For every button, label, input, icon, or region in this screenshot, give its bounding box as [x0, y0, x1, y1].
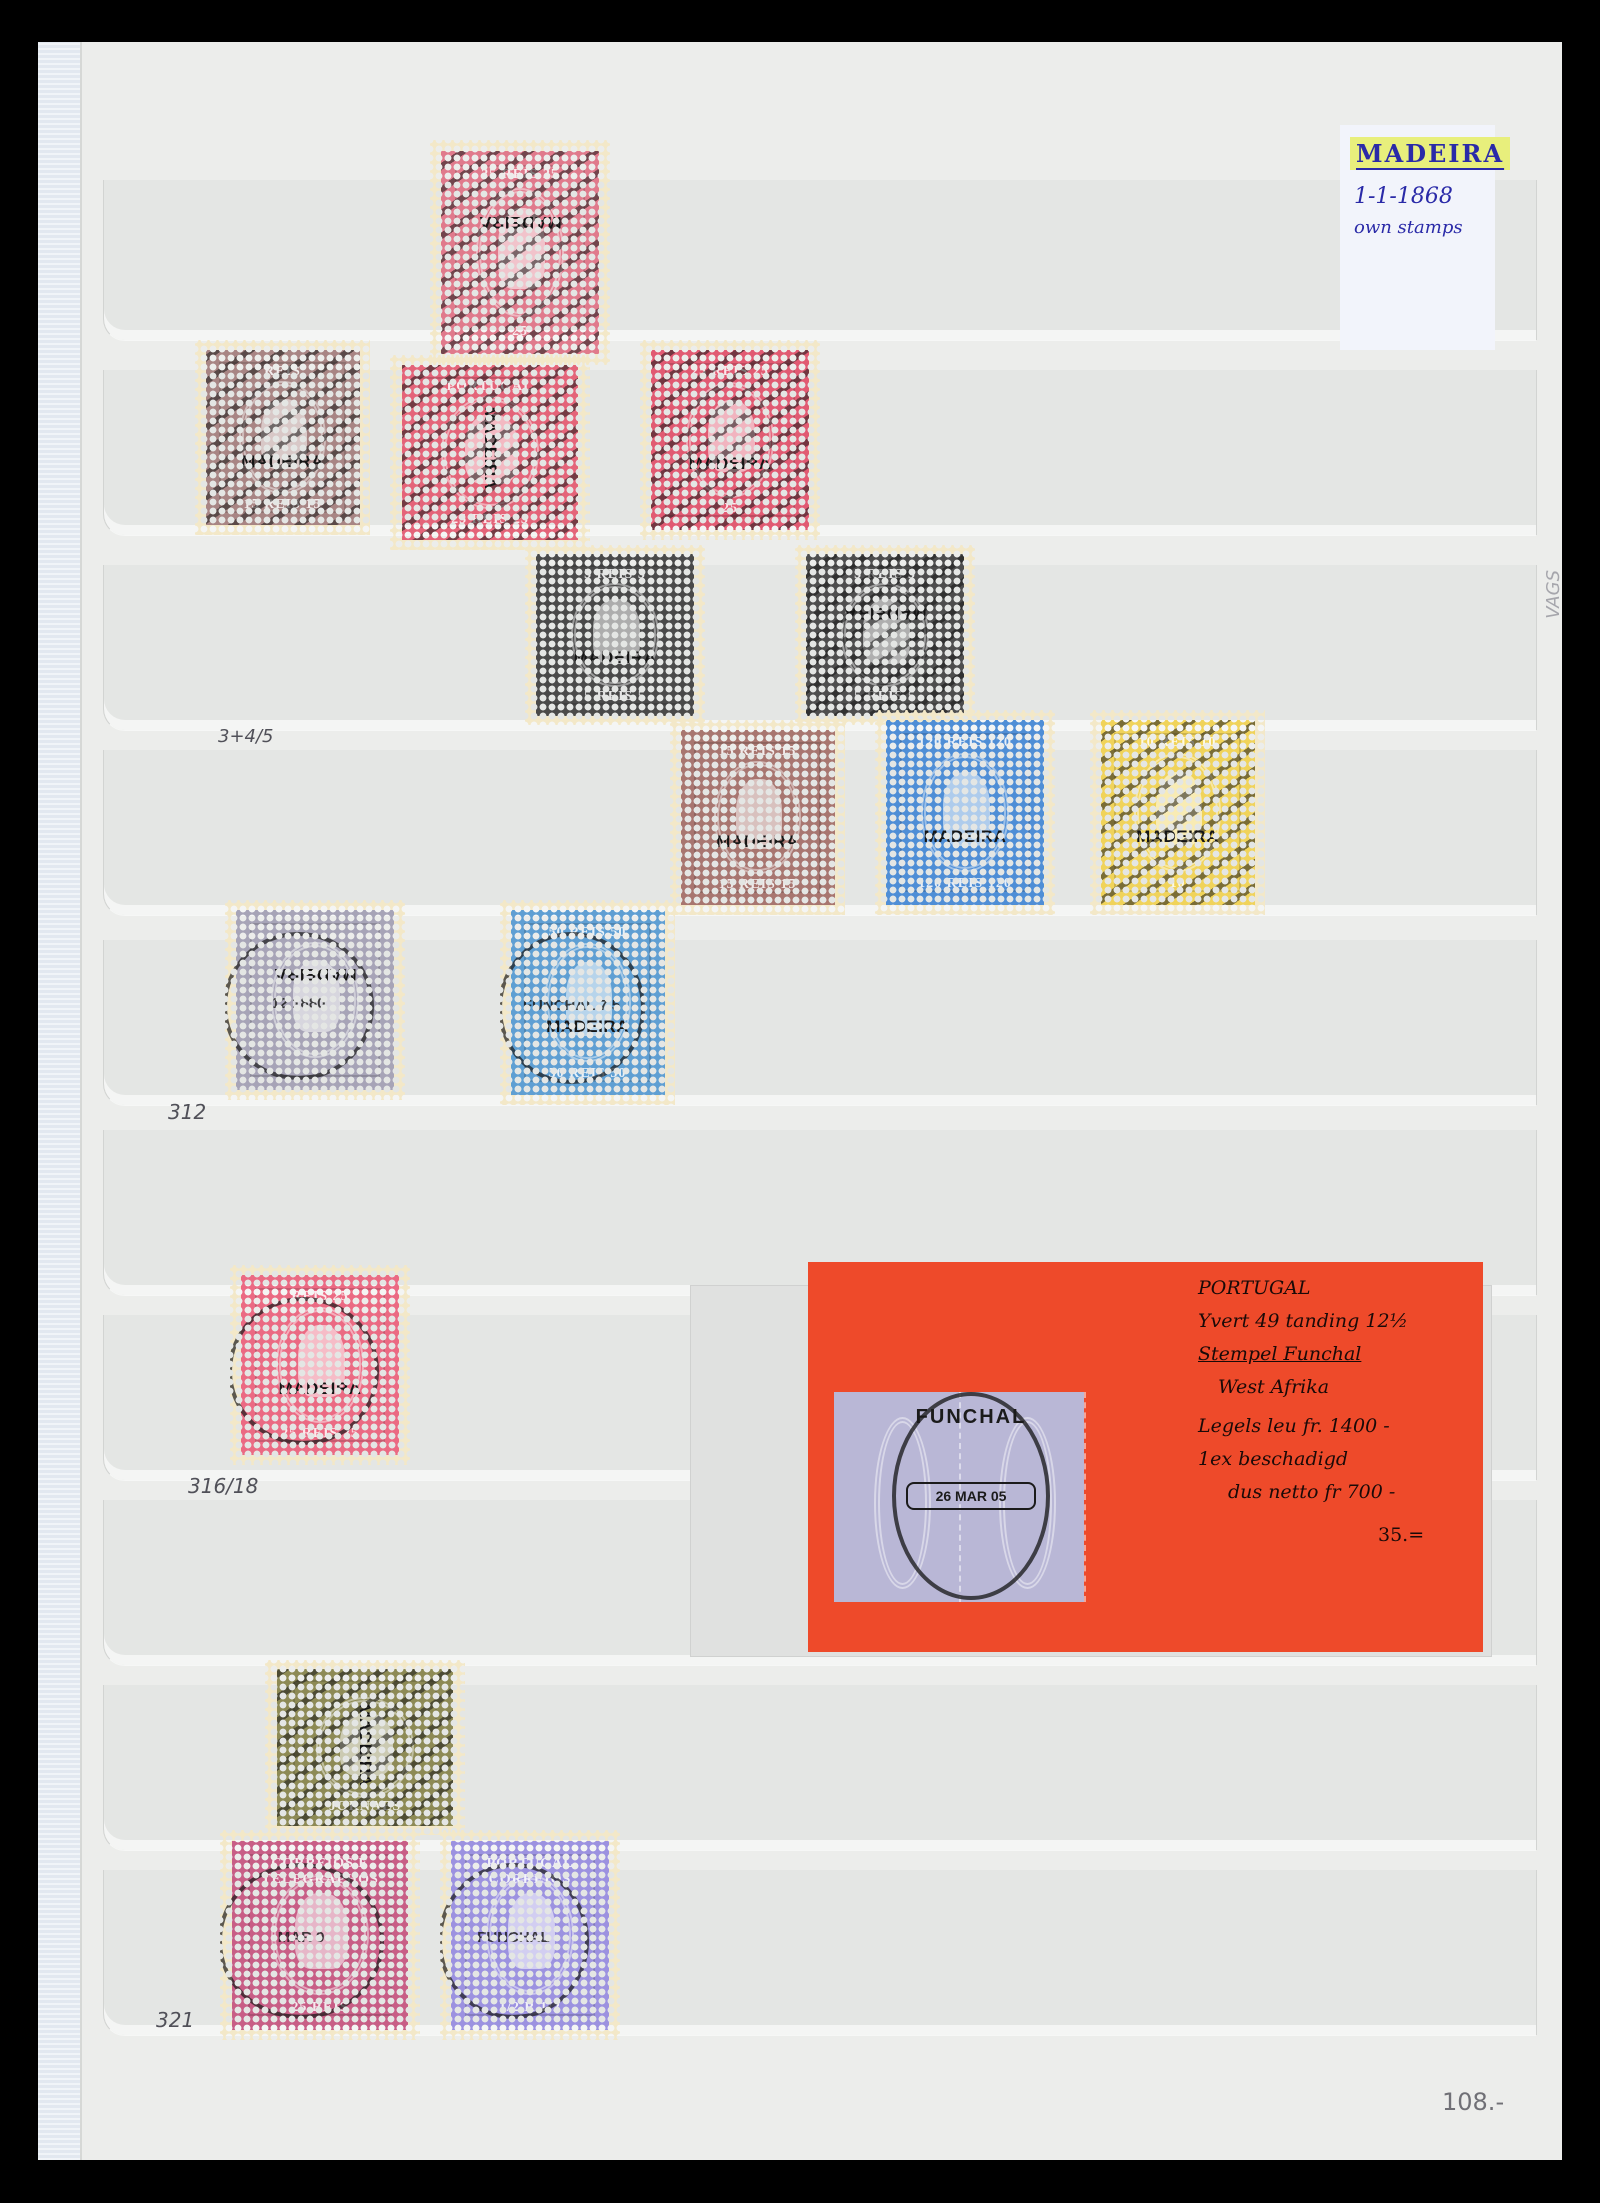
postmark-icon	[228, 1297, 379, 1445]
album-page-binding-strip	[38, 42, 80, 2160]
stamp[interactable]: JORNAESMADEIRA	[265, 1660, 465, 1835]
postmark-icon: MAR 9	[218, 1863, 384, 2018]
stamp-face: JORNAESMADEIRA	[277, 1669, 453, 1827]
stamp-face: CORREIOS E TELEGRAPHOS25 REISMAR 9	[232, 1841, 408, 2030]
postmark-icon: FUNCHAL	[438, 1863, 589, 2018]
overprint: MADEIRA	[206, 452, 360, 472]
stamp[interactable]: 50 REIS 5050 REIS 50FUNCHAL 7 5MADEIRA	[500, 900, 675, 1105]
bar-cancel-icon	[651, 350, 809, 530]
stamp[interactable]: REIS 2525 REIS 25MADEIRA	[230, 1265, 410, 1465]
overprint: MADEIRA	[536, 648, 694, 668]
postmark-icon: 12 1880	[223, 932, 374, 1080]
overprint: MADEIRA	[681, 832, 835, 852]
catalog-note-bottom: 321	[156, 2008, 194, 2032]
overprint: MADEIRA	[1101, 827, 1255, 847]
stamp-face: 12 1880MADEIRA	[236, 910, 394, 1090]
stamp-bottom-text: 15 REIS 15	[696, 877, 819, 893]
stamp-face: REIS 2525 REIS 25MADEIRA	[241, 1275, 399, 1455]
stamp[interactable]: 120 REIS 120120 REIS 120MADEIRA	[875, 710, 1055, 915]
stamp[interactable]: PORTUGAL CORREIOS1/2 R 1/2FUNCHAL	[440, 1830, 620, 2040]
stamp[interactable]: 5 REIS 55 REIS 5MADEIRA	[525, 545, 705, 725]
cover-card-notes: PORTUGAL Yvert 49 tanding 12½ Stempel Fu…	[1198, 1272, 1488, 1552]
madeira-label-card: MADEIRA 1-1-1868 own stamps	[1340, 125, 1495, 350]
stamp-face: 5 REIS 55 REIS 5MADEIRA	[536, 554, 694, 716]
catalog-note-row5: 312	[168, 1100, 206, 1124]
stamp[interactable]: 25 REIS 2525MADEIRA	[640, 340, 820, 540]
stamp[interactable]: PORTUGAL25 REIS 25MADEIRA	[390, 355, 590, 550]
stamp[interactable]: REIS15 REIS 15MADEIRA	[195, 340, 370, 535]
bar-cancel-icon	[441, 151, 599, 354]
stamp-face: 120 REIS 120120 REIS 120MADEIRA	[886, 720, 1044, 905]
stamp-face: 25 REIS 2525MADEIRA	[441, 151, 599, 354]
cover-card[interactable]: FUNCHAL 26 MAR 05 PORTUGAL Yvert 49 tand…	[808, 1262, 1483, 1652]
overprint: MADEIRA	[441, 212, 599, 232]
stamp[interactable]: 25 REIS 2525MADEIRA	[430, 140, 610, 365]
catalog-note-row4: 3+4/5	[218, 726, 274, 747]
overprint: MADEIRA	[241, 1379, 399, 1399]
binding-edge	[80, 42, 82, 2160]
stamp-face: PORTUGAL CORREIOS1/2 R 1/2FUNCHAL	[451, 1841, 609, 2030]
postmark-icon: FUNCHAL 7 5	[498, 932, 645, 1084]
cover-price: 35.=	[1378, 1519, 1488, 1552]
stamp[interactable]: 15 REIS 1515 REIS 15MADEIRA	[670, 720, 845, 915]
overprint: MADEIRA	[480, 360, 500, 536]
label-note: own stamps	[1340, 209, 1495, 238]
stamp-face: 25 REIS 2525MADEIRA	[651, 350, 809, 530]
overprint: MADEIRA	[806, 603, 964, 623]
overprint: MADEIRA	[355, 1657, 375, 1833]
stamp-face: 50 REIS 5050 REIS 50FUNCHAL 7 5MADEIRA	[511, 910, 665, 1095]
bar-cancel-icon	[1101, 720, 1255, 905]
bar-cancel-icon	[806, 554, 964, 716]
stamp[interactable]: CORREIOS E TELEGRAPHOS25 REISMAR 9	[220, 1830, 420, 2040]
funchal-postmark: FUNCHAL 26 MAR 05	[892, 1392, 1050, 1600]
overprint: MADEIRA	[236, 964, 394, 984]
stamp-top-text: 5 REIS 5	[552, 567, 679, 583]
stock-strip-1	[103, 180, 1536, 341]
stamp-pair[interactable]: FUNCHAL 26 MAR 05	[834, 1392, 1084, 1602]
stamp[interactable]: 5 REIS 55 REIS 5MADEIRA	[795, 545, 975, 725]
stamp-top-text: 15 REIS 15	[696, 744, 819, 760]
stamp-bottom-text: 120 REIS 120	[902, 876, 1029, 892]
overprint: MADEIRA	[511, 1017, 665, 1037]
overprint: MADEIRA	[886, 827, 1044, 847]
stamp[interactable]: 10 REIS 1010MADEIRA	[1090, 710, 1265, 915]
stamp-face: PORTUGAL25 REIS 25MADEIRA	[402, 365, 578, 541]
stamp-top-text: 120 REIS 120	[902, 735, 1029, 751]
stamp-face: 15 REIS 1515 REIS 15MADEIRA	[681, 730, 835, 906]
stamp-face: REIS15 REIS 15MADEIRA	[206, 350, 360, 526]
label-title: MADEIRA	[1350, 137, 1510, 170]
page-price: 108.-	[1442, 2088, 1504, 2116]
stamp-face: 5 REIS 55 REIS 5MADEIRA	[806, 554, 964, 716]
label-date: 1-1-1868	[1340, 170, 1495, 209]
overprint: MADEIRA	[651, 454, 809, 474]
margin-note: VAGS	[1543, 570, 1564, 619]
bar-cancel-icon	[206, 350, 360, 526]
catalog-note-row7: 316/18	[188, 1474, 258, 1498]
stamp-bottom-text: 5 REIS 5	[552, 689, 679, 705]
stamp-face: 10 REIS 1010MADEIRA	[1101, 720, 1255, 905]
stamp[interactable]: 12 1880MADEIRA	[225, 900, 405, 1100]
